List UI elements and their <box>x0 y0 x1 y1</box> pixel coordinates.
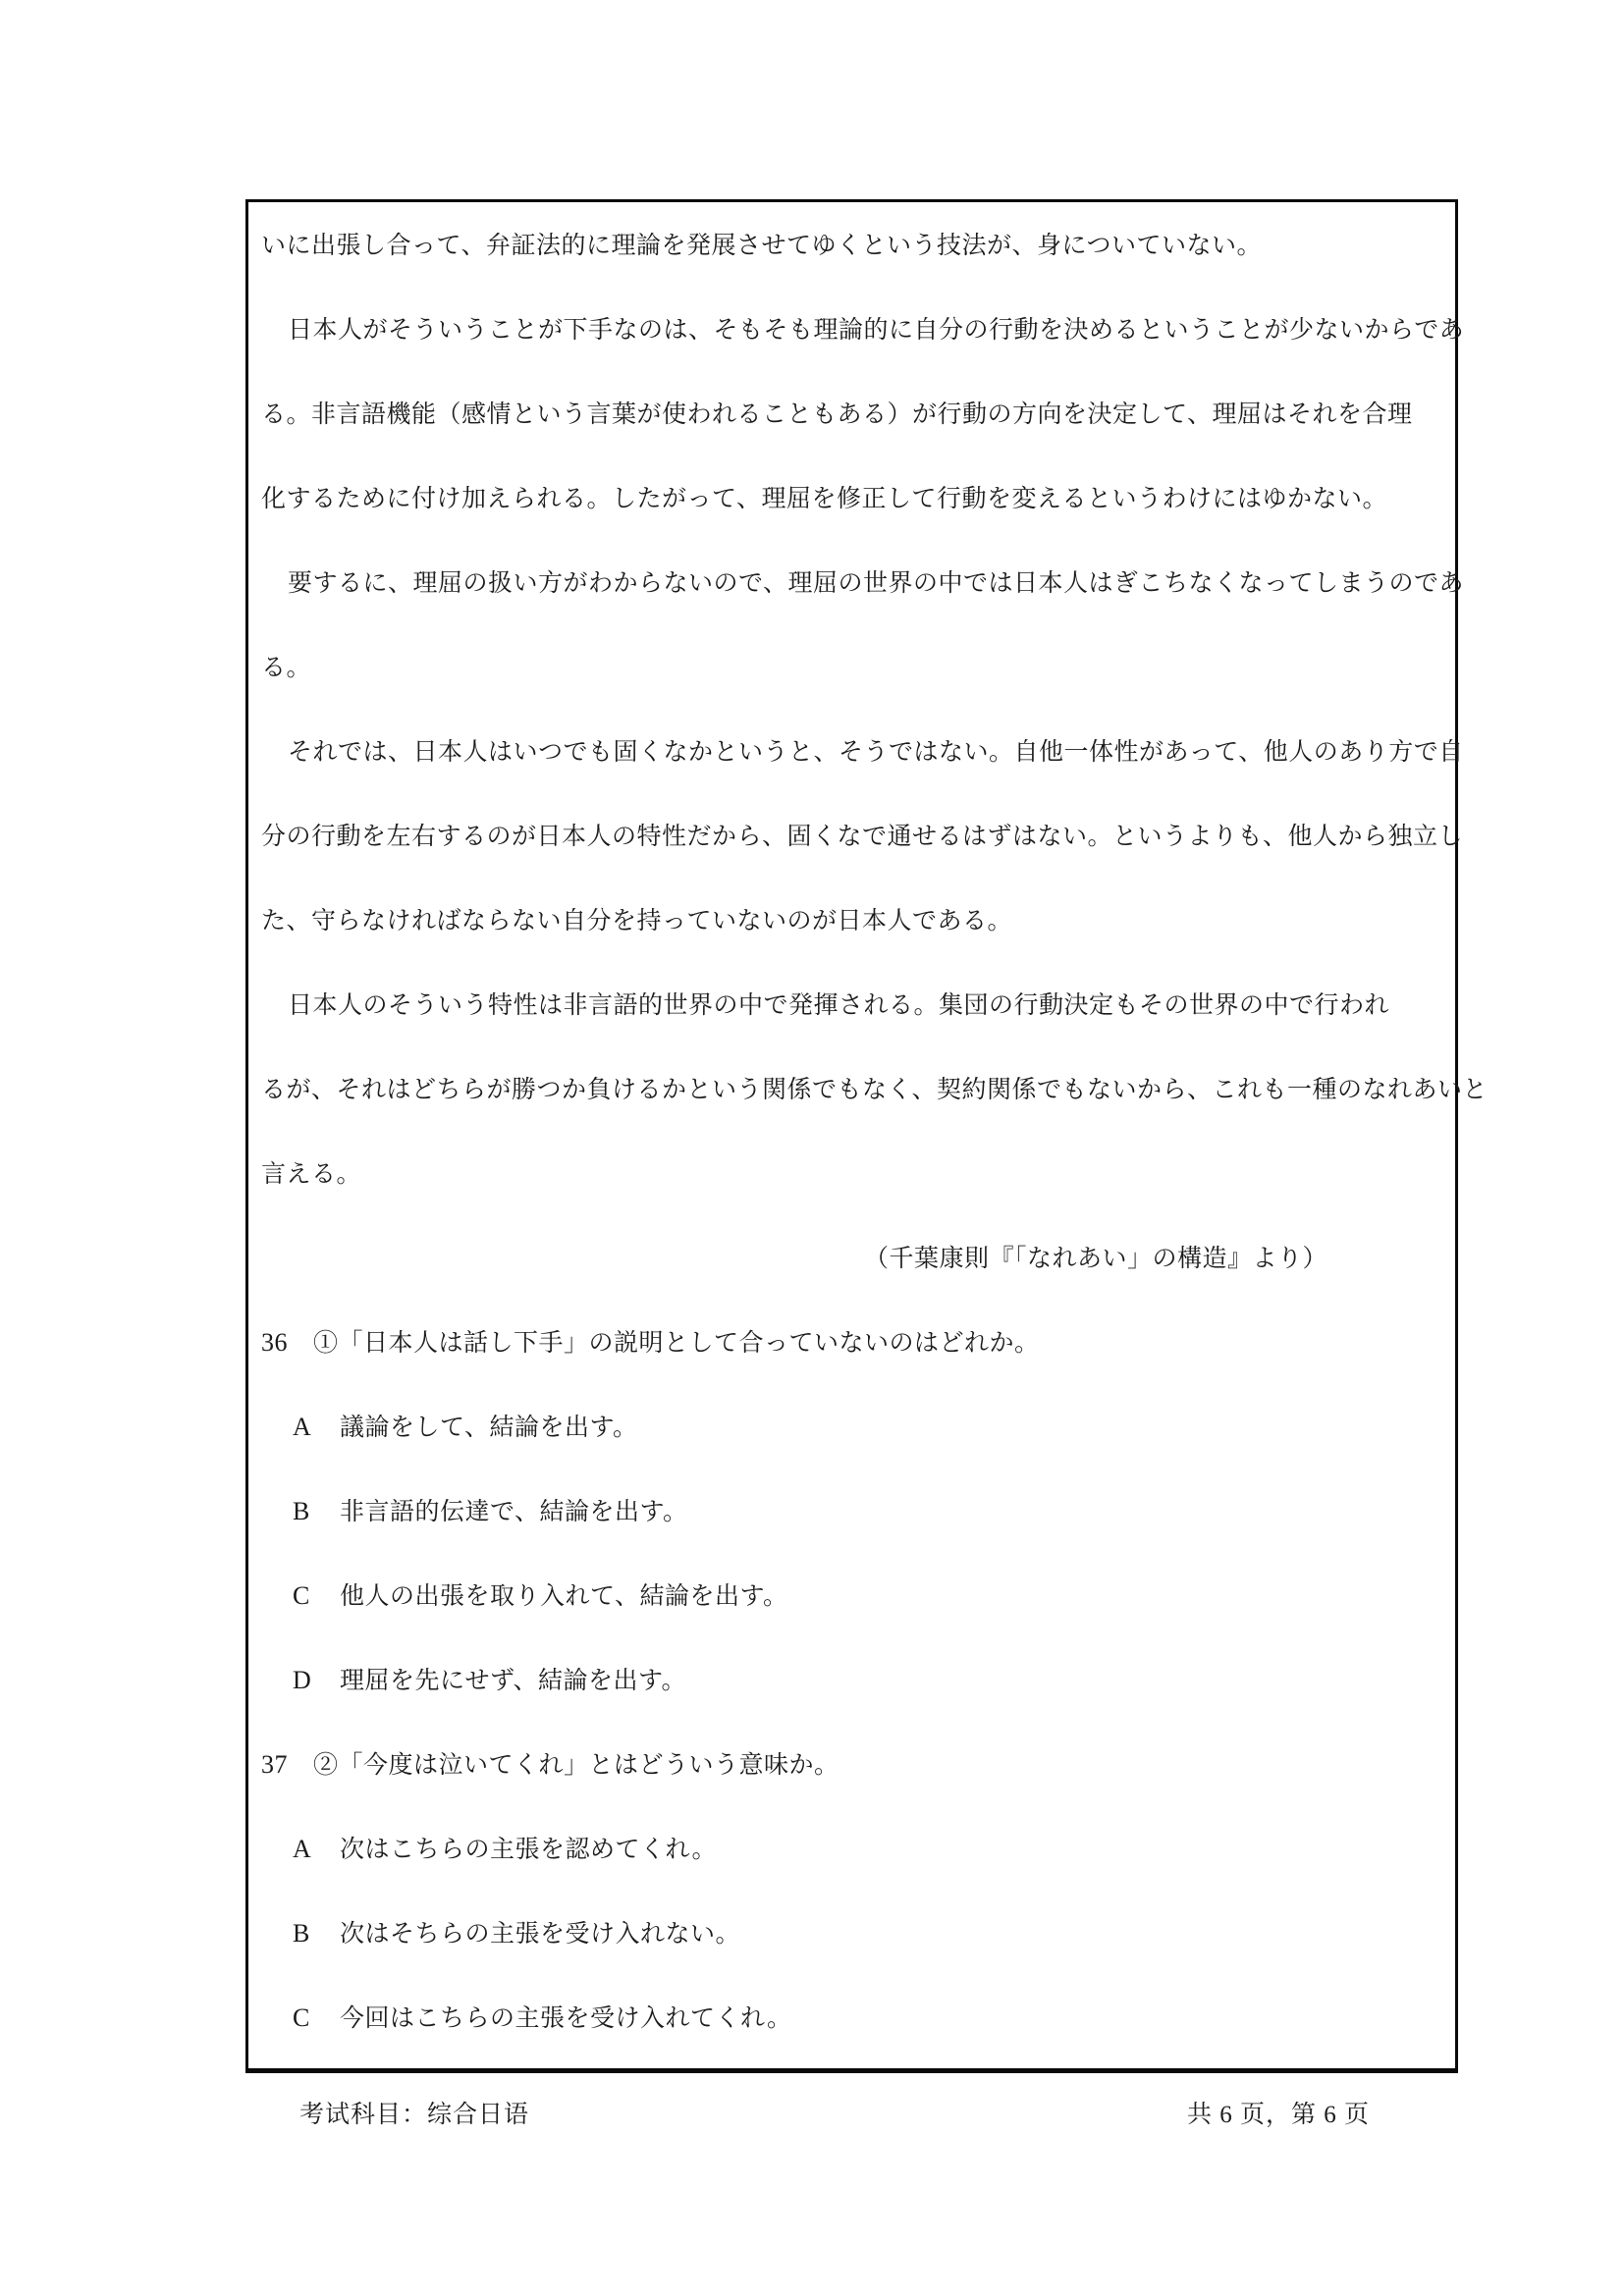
option-label: A <box>293 1807 314 1892</box>
question-36-option-b: B非言語的伝達で、結論を出す。 <box>261 1469 1443 1554</box>
option-label: B <box>293 1469 314 1554</box>
question-37-option-a: A次はこちらの主張を認めてくれ。 <box>261 1807 1443 1892</box>
option-label: B <box>293 1892 314 1976</box>
passage-line: いに出張し合って、弁証法的に理論を発展させてゆくという技法が、身についていない。 <box>261 203 1443 288</box>
exam-page: いに出張し合って、弁証法的に理論を発展させてゆくという技法が、身についていない。… <box>0 0 1624 2296</box>
question-stem: 「日本人は話し下手」の説明として合っていないのはどれか。 <box>339 1329 1040 1357</box>
passage-line: 要するに、理屈の扱い方がわからないので、理屈の世界の中では日本人はぎこちなくなっ… <box>261 541 1443 625</box>
question-number: 37 <box>261 1723 288 1807</box>
option-text: 次はこちらの主張を認めてくれ。 <box>340 1836 717 1863</box>
option-text: 他人の出張を取り入れて、結論を出す。 <box>340 1582 788 1610</box>
passage-line: るが、それはどちらが勝つか負けるかという関係でもなく、契約関係でもないから、これ… <box>261 1047 1443 1132</box>
question-37-option-b: B次はそちらの主張を受け入れない。 <box>261 1892 1443 1976</box>
passage-attribution: （千葉康則『「なれあい」の構造』より） <box>261 1216 1443 1301</box>
option-text: 次はそちらの主張を受け入れない。 <box>340 1920 740 1948</box>
question-36-option-d: D理屈を先にせず、結論を出す。 <box>261 1638 1443 1723</box>
question-36-option-c: C他人の出張を取り入れて、結論を出す。 <box>261 1554 1443 1638</box>
circled-number: ① <box>313 1329 339 1357</box>
option-text: 非言語的伝達で、結論を出す。 <box>340 1498 688 1525</box>
passage-line: 言える。 <box>261 1132 1443 1216</box>
passage-line: た、守らなければならない自分を持っていないのが日本人である。 <box>261 879 1443 963</box>
option-text: 今回はこちらの主張を受け入れてくれ。 <box>340 2004 792 2032</box>
passage-box: いに出張し合って、弁証法的に理論を発展させてゆくという技法が、身についていない。… <box>245 199 1458 2073</box>
question-37-option-c: C今回はこちらの主張を受け入れてくれ。 <box>261 1976 1443 2060</box>
footer-page-info: 共 6 页，第 6 页 <box>1187 2094 1370 2137</box>
passage-line: 日本人がそういうことが下手なのは、そもそも理論的に自分の行動を決めるということが… <box>261 288 1443 372</box>
passage-line: る。 <box>261 625 1443 710</box>
page-footer: 考试科目：综合日语 共 6 页，第 6 页 <box>299 2094 1370 2137</box>
question-number: 36 <box>261 1301 288 1385</box>
question-stem: 「今度は泣いてくれ」とはどういう意味か。 <box>339 1751 839 1779</box>
option-label: C <box>293 1976 314 2060</box>
option-label: A <box>293 1385 314 1469</box>
question-37-stem-row: 37②「今度は泣いてくれ」とはどういう意味か。 <box>261 1723 1443 1807</box>
option-text: 理屈を先にせず、結論を出す。 <box>340 1667 686 1694</box>
passage-line: 分の行動を左右するのが日本人の特性だから、固くなで通せるはずはない。というよりも… <box>261 794 1443 879</box>
passage-line: る。非言語機能（感情という言葉が使われることもある）が行動の方向を決定して、理屈… <box>261 372 1443 456</box>
passage-line: 化するために付け加えられる。したがって、理屈を修正して行動を変えるというわけには… <box>261 456 1443 541</box>
option-label: D <box>293 1638 314 1723</box>
passage-line: 日本人のそういう特性は非言語的世界の中で発揮される。集団の行動決定もその世界の中… <box>261 963 1443 1047</box>
question-36-option-a: A議論をして、結論を出す。 <box>261 1385 1443 1469</box>
passage-line: それでは、日本人はいつでも固くなかというと、そうではない。自他一体性があって、他… <box>261 710 1443 794</box>
option-text: 議論をして、結論を出す。 <box>340 1414 638 1441</box>
question-36-stem-row: 36①「日本人は話し下手」の説明として合っていないのはどれか。 <box>261 1301 1443 1385</box>
circled-number: ② <box>313 1751 339 1779</box>
option-label: C <box>293 1554 314 1638</box>
footer-subject: 考试科目：综合日语 <box>299 2094 529 2137</box>
